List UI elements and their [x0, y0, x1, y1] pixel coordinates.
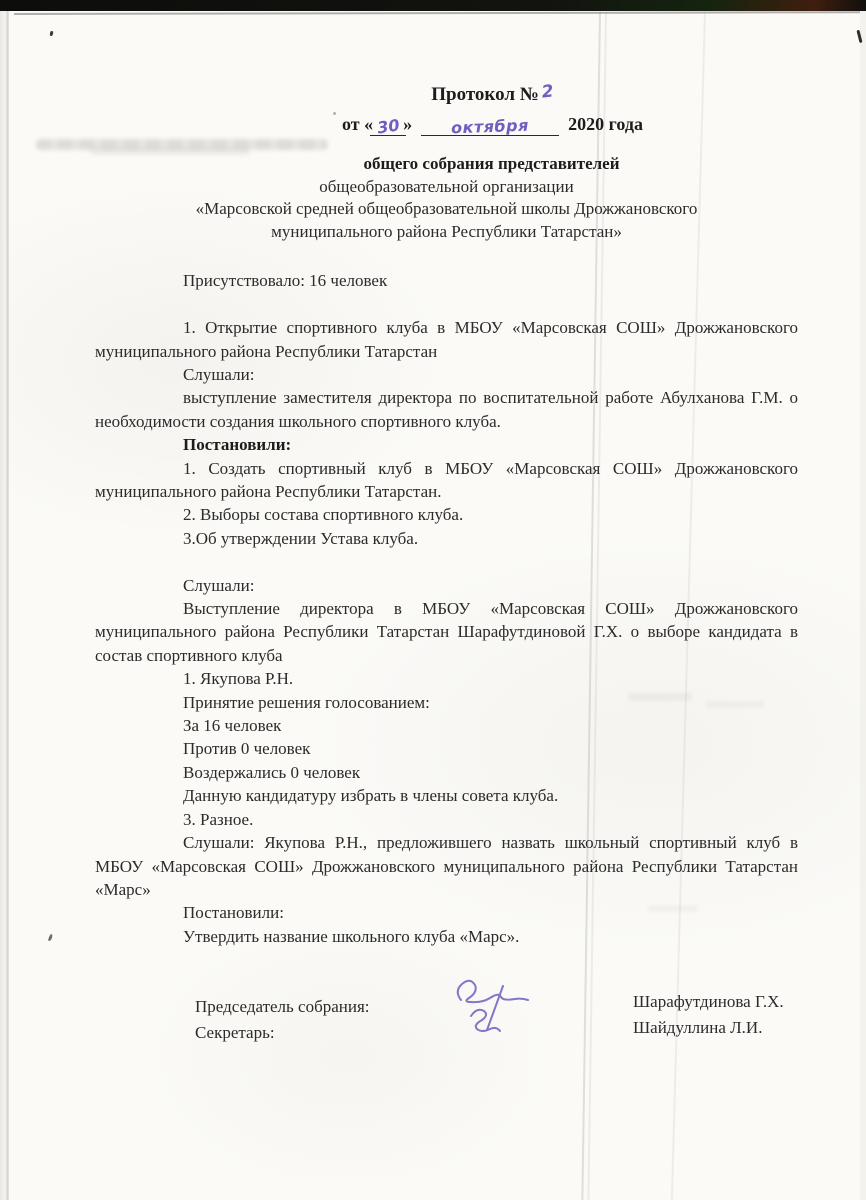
- resolved-heading: Постановили:: [95, 901, 798, 924]
- agenda-item-1: 1. Открытие спортивного клуба в МБОУ «Ма…: [95, 316, 798, 363]
- speech-paragraph: выступление заместителя директора по вос…: [95, 386, 798, 433]
- votes-for-line: За 16 человек: [95, 714, 798, 737]
- votes-abstained-line: Воздержались 0 человек: [95, 761, 798, 784]
- document-subtitle: общего собрания представителей общеобраз…: [95, 153, 798, 243]
- candidate-line: 1. Якупова Р.Н.: [95, 667, 798, 690]
- document-header: Протокол №2 от «30»октября2020 года: [141, 82, 844, 140]
- date-month-handwritten: октября: [451, 116, 529, 139]
- subtitle-bold-line: общего собрания представителей: [140, 153, 843, 176]
- voting-heading: Принятие решения голосованием:: [95, 691, 798, 714]
- speech-paragraph: Слушали: Якупова Р.Н., предложившего наз…: [95, 831, 798, 901]
- protocol-number-handwritten: 2: [540, 78, 554, 105]
- ink-speck: [48, 934, 53, 942]
- organization-line: муниципального района Республики Татарст…: [95, 221, 798, 244]
- protocol-date-line: от «30»октября2020 года: [141, 108, 844, 140]
- decision-line: Данную кандидатуру избрать в члены совет…: [95, 784, 798, 807]
- document-content: Протокол №2 от «30»октября2020 года обще…: [95, 0, 798, 1045]
- paper-left-edge: [0, 11, 9, 1200]
- resolved-heading: Постановили:: [95, 433, 798, 456]
- resolution-item-3: 3.Об утверждении Устава клуба.: [95, 527, 798, 550]
- paper-right-edge: [860, 11, 866, 1200]
- heard-heading: Слушали:: [95, 574, 798, 597]
- misc-heading: 3. Разное.: [95, 808, 798, 831]
- signatory-names: Шарафутдинова Г.Х. Шайдуллина Л.И.: [633, 989, 784, 1040]
- signature-block: Председатель собрания: Секретарь: Шарафу…: [95, 994, 798, 1045]
- attendance-line: Присутствовало: 16 человек: [95, 269, 798, 292]
- final-decision-line: Утвердить название школьного клуба «Марс…: [95, 925, 798, 948]
- organization-line: «Марсовской средней общеобразовательной …: [95, 198, 798, 221]
- heard-heading: Слушали:: [95, 363, 798, 386]
- speech-paragraph: Выступление директора в МБОУ «Марсовская…: [95, 597, 798, 667]
- organization-line: общеобразовательной организации: [95, 176, 798, 199]
- date-month-blank: октября: [421, 114, 559, 136]
- date-year-text: 2020 года: [568, 114, 643, 134]
- ink-speck: [50, 31, 54, 37]
- date-day-handwritten: 30: [376, 116, 401, 139]
- secretary-name: Шайдуллина Л.И.: [633, 1015, 784, 1041]
- votes-against-line: Против 0 человек: [95, 737, 798, 760]
- date-day-blank: 30: [370, 114, 406, 136]
- date-close-quote: »: [403, 114, 412, 134]
- protocol-title-line: Протокол №2: [141, 82, 844, 108]
- resolution-item-1: 1. Создать спортивный клуб в МБОУ «Марсо…: [95, 457, 798, 504]
- date-prefix-text: от «: [342, 114, 373, 134]
- chairman-name: Шарафутдинова Г.Х.: [633, 989, 784, 1015]
- protocol-title-text: Протокол №: [431, 84, 539, 105]
- resolution-item-2: 2. Выборы состава спортивного клуба.: [95, 503, 798, 526]
- scanned-document-page: Протокол №2 от «30»октября2020 года обще…: [0, 0, 866, 1200]
- signature-ink: [447, 960, 539, 1044]
